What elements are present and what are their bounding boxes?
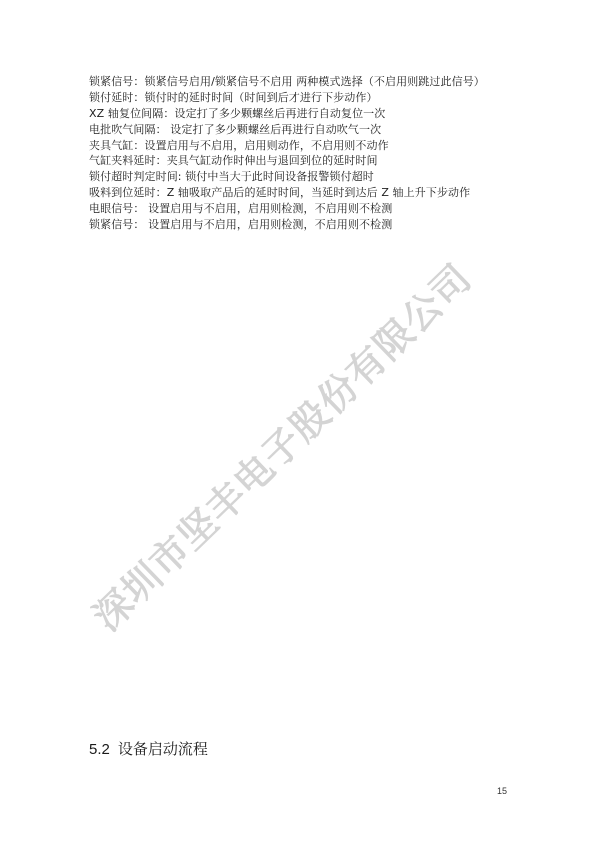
text-line-xz-reset-interval: XZ 轴复位间隔：设定打了多少颗螺丝后再进行自动复位一次 xyxy=(89,106,559,122)
text-line-lock-delay: 锁付延时：锁付时的延时时间（时间到后才进行下步动作） xyxy=(89,90,559,106)
text-line-fixture-cylinder: 夹具气缸：设置启用与不启用，启用则动作，不启用则不动作 xyxy=(89,138,559,154)
page-number: 15 xyxy=(497,786,507,796)
parameter-description-list: 锁紧信号：锁紧信号启用/锁紧信号不启用 两种模式选择（不启用则跳过此信号） 锁付… xyxy=(89,74,559,233)
section-heading: 5.2设备启动流程 xyxy=(89,738,208,759)
text-line-photo-eye-signal: 电眼信号： 设置启用与不启用，启用则检测，不启用则不检测 xyxy=(89,201,559,217)
text-line-blow-interval: 电批吹气间隔： 设定打了多少颗螺丝后再进行自动吹气一次 xyxy=(89,122,559,138)
text-line-cylinder-clamp-delay: 气缸夹料延时：夹具气缸动作时伸出与退回到位的延时时间 xyxy=(89,153,559,169)
company-watermark: 深圳市坚丰电子股份有限公司 xyxy=(79,249,482,641)
document-page: 深圳市坚丰电子股份有限公司 锁紧信号：锁紧信号启用/锁紧信号不启用 两种模式选择… xyxy=(0,0,600,848)
text-line-lock-timeout: 锁付超时判定时间: 锁付中当大于此时间设备报警锁付超时 xyxy=(89,169,559,185)
text-line-suction-delay: 吸料到位延时：Z 轴吸取产品后的延时时间，当延时到达后 Z 轴上升下步动作 xyxy=(89,185,559,201)
section-number: 5.2 xyxy=(89,741,110,758)
text-line-lock-signal: 锁紧信号： 设置启用与不启用，启用则检测，不启用则不检测 xyxy=(89,217,559,233)
section-title: 设备启动流程 xyxy=(118,740,208,758)
text-line-lock-signal-mode: 锁紧信号：锁紧信号启用/锁紧信号不启用 两种模式选择（不启用则跳过此信号） xyxy=(89,74,559,90)
